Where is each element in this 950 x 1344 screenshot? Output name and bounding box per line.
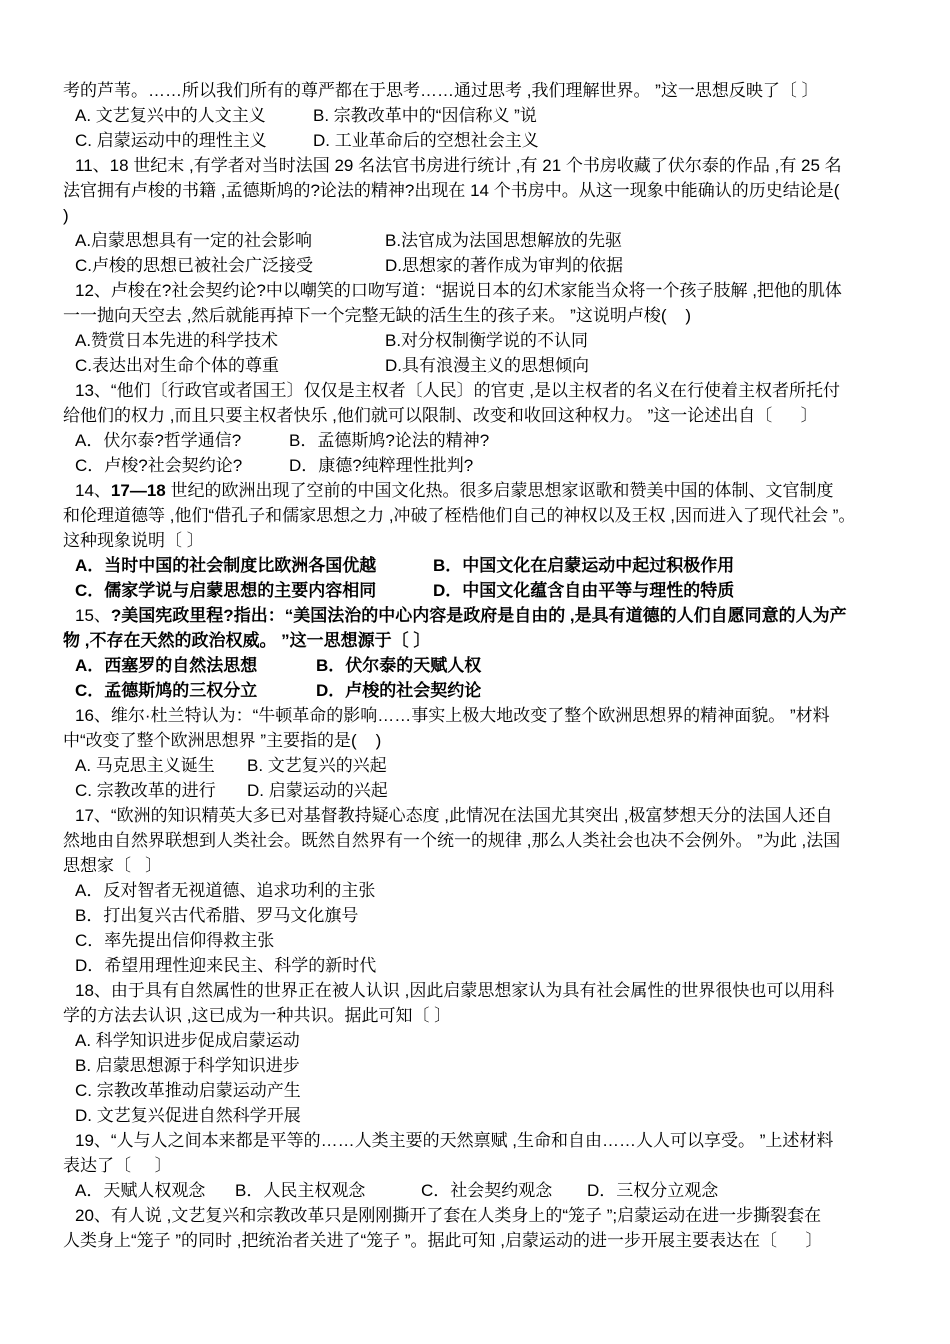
option-item: B．中国文化在启蒙运动中起过积极作用 <box>433 553 890 578</box>
option-item: C．卢梭?社会契约论? <box>75 453 289 478</box>
question-11-stem-line: 11、18 世纪末 ,有学者对当时法国 29 名法官书房进行统计 ,有 21 个… <box>63 153 890 178</box>
question-block-17: 17、“欧洲的知识精英大多已对基督教持疑心态度 ,此情况在法国尤其突出 ,极富梦… <box>63 803 890 978</box>
option-item: A．西塞罗的自然法思想 <box>75 653 316 678</box>
option-item: D．卢梭的社会契约论 <box>316 678 890 703</box>
stem-text: 15、 <box>75 606 111 625</box>
stem-text: 给他们的权力 ,而且只要主权者快乐 ,他们就可以限制、改变和收回这种权力。 ”这… <box>63 406 818 425</box>
stem-text: 这种现象说明〔 〕 <box>63 531 204 550</box>
stem-text: 物 ,不存在天然的政治权威。 ”这一思想源于〔 〕 <box>63 631 430 650</box>
question-11-stem-line: 法官拥有卢梭的书籍 ,孟德斯鸠的?论法的精神?出现在 14 个书房中。从这一现象… <box>63 178 890 203</box>
question-10-option-row: C. 启蒙运动中的理性主义D. 工业革命后的空想社会主义 <box>63 128 890 153</box>
question-block-15: 15、?美国宪政里程?指出：“美国法治的中心内容是政府是自由的 ,是具有道德的人… <box>63 603 890 703</box>
question-18-stem-line: 学的方法去认识 ,这已成为一种共识。据此可知〔 〕 <box>63 1003 890 1028</box>
stem-text: 一一抛向天空去 ,然后就能再掉下一个完整无缺的活生生的孩子来。 ”这说明卢梭( … <box>63 306 691 325</box>
option-item: A.赞赏日本先进的科学技术 <box>75 328 385 353</box>
question-12-option-row: A.赞赏日本先进的科学技术B.对分权制衡学说的不认同 <box>63 328 890 353</box>
option-item: B．人民主权观念 <box>235 1178 421 1203</box>
document-page: 考的芦苇。……所以我们所有的尊严都在于思考……通过思考 ,我们理解世界。 ”这一… <box>0 0 950 1344</box>
question-11-stem-line: ) <box>63 203 890 228</box>
question-block-19: 19、“人与人之间本来都是平等的……人类主要的天然禀赋 ,生命和自由……人人可以… <box>63 1128 890 1203</box>
option-item: B．打出复兴古代希腊、罗马文化旗号 <box>63 903 890 928</box>
question-19-stem-line: 19、“人与人之间本来都是平等的……人类主要的天然禀赋 ,生命和自由……人人可以… <box>63 1128 890 1153</box>
option-item: C.表达出对生命个体的尊重 <box>75 353 385 378</box>
question-12-stem-line: 12、卢梭在?社会契约论?中以嘲笑的口吻写道：“据说日本的幻术家能当众将一个孩子… <box>63 278 890 303</box>
option-item: D．中国文化蕴含自由平等与理性的特质 <box>433 578 890 603</box>
question-block-18: 18、由于具有自然属性的世界正在被人认识 ,因此启蒙思想家认为具有社会属性的世界… <box>63 978 890 1128</box>
option-item: A．当时中国的社会制度比欧洲各国优越 <box>75 553 433 578</box>
option-item: A. 马克思主义诞生 <box>75 753 247 778</box>
question-20-stem-line: 20、有人说 ,文艺复兴和宗教改革只是刚刚撕开了套在人类身上的“笼子 ”;启蒙运… <box>63 1203 890 1228</box>
stem-text: 然地由自然界联想到人类社会。既然自然界有一个统一的规律 ,那么人类社会也决不会例… <box>63 831 840 850</box>
option-item: D．三权分立观念 <box>587 1178 890 1203</box>
option-item: C. 宗教改革推动启蒙运动产生 <box>63 1078 890 1103</box>
question-list: 考的芦苇。……所以我们所有的尊严都在于思考……通过思考 ,我们理解世界。 ”这一… <box>63 78 890 1253</box>
option-item: B.对分权制衡学说的不认同 <box>385 328 890 353</box>
question-20-stem-line: 人类身上“笼子 ”的同时 ,把统治者关进了“笼子 ”。据此可知 ,启蒙运动的进一… <box>63 1228 890 1253</box>
option-item: C.卢梭的思想已被社会广泛接受 <box>75 253 385 278</box>
stem-text: 20、有人说 ,文艺复兴和宗教改革只是刚刚撕开了套在人类身上的“笼子 ”;启蒙运… <box>75 1206 821 1225</box>
option-item: C. 启蒙运动中的理性主义 <box>75 128 313 153</box>
question-14-stem-line: 和伦理道德等 ,他们“借孔子和儒家思想之力 ,冲破了桎梏他们自己的神权以及王权 … <box>63 503 890 528</box>
option-item: B. 启蒙思想源于科学知识进步 <box>63 1053 890 1078</box>
question-10-option-row: A. 文艺复兴中的人文主义B. 宗教改革中的“因信称义 ”说 <box>63 103 890 128</box>
option-item: D.具有浪漫主义的思想倾向 <box>385 353 890 378</box>
stem-text: ?美国宪政里程?指出：“美国法治的中心内容是政府是自由的 ,是具有道德的人们自愿… <box>111 606 847 625</box>
option-item: C．率先提出信仰得救主张 <box>63 928 890 953</box>
stem-text: 14、 <box>75 481 111 500</box>
question-block-13: 13、“他们〔行政官或者国王〕仅仅是主权者〔人民〕的官吏 ,是以主权者的名义在行… <box>63 378 890 478</box>
stem-text: 表达了〔 〕 <box>63 1156 172 1175</box>
question-19-option-row: A．天赋人权观念B．人民主权观念C．社会契约观念D．三权分立观念 <box>63 1178 890 1203</box>
question-16-option-row: A. 马克思主义诞生B. 文艺复兴的兴起 <box>63 753 890 778</box>
stem-text: ) <box>63 206 69 225</box>
question-13-stem-line: 给他们的权力 ,而且只要主权者快乐 ,他们就可以限制、改变和收回这种权力。 ”这… <box>63 403 890 428</box>
option-item: D．希望用理性迎来民主、科学的新时代 <box>63 953 890 978</box>
option-item: D.思想家的著作成为审判的依据 <box>385 253 890 278</box>
question-17-stem-line: 然地由自然界联想到人类社会。既然自然界有一个统一的规律 ,那么人类社会也决不会例… <box>63 828 890 853</box>
question-block-16: 16、维尔·杜兰特认为：“牛顿革命的影响……事实上极大地改变了整个欧洲思想界的精… <box>63 703 890 803</box>
question-block-10: 考的芦苇。……所以我们所有的尊严都在于思考……通过思考 ,我们理解世界。 ”这一… <box>63 78 890 153</box>
question-10-stem-line: 考的芦苇。……所以我们所有的尊严都在于思考……通过思考 ,我们理解世界。 ”这一… <box>63 78 890 103</box>
stem-text: 人类身上“笼子 ”的同时 ,把统治者关进了“笼子 ”。据此可知 ,启蒙运动的进一… <box>63 1231 822 1250</box>
stem-text: 17—18 <box>111 481 166 500</box>
question-block-11: 11、18 世纪末 ,有学者对当时法国 29 名法官书房进行统计 ,有 21 个… <box>63 153 890 278</box>
option-item: B. 宗教改革中的“因信称义 ”说 <box>313 103 890 128</box>
option-item: B.法官成为法国思想解放的先驱 <box>385 228 890 253</box>
stem-text: 考的芦苇。……所以我们所有的尊严都在于思考……通过思考 ,我们理解世界。 ”这一… <box>63 81 819 100</box>
question-15-option-row: C．孟德斯鸠的三权分立D．卢梭的社会契约论 <box>63 678 890 703</box>
stem-text: 和伦理道德等 ,他们“借孔子和儒家思想之力 ,冲破了桎梏他们自己的神权以及王权 … <box>63 506 855 525</box>
stem-text: 思想家〔 〕 <box>63 856 162 875</box>
option-item: B．孟德斯鸠?论法的精神? <box>289 428 890 453</box>
stem-text: 法官拥有卢梭的书籍 ,孟德斯鸠的?论法的精神?出现在 14 个书房中。从这一现象… <box>63 181 839 200</box>
question-11-option-row: A.启蒙思想具有一定的社会影响B.法官成为法国思想解放的先驱 <box>63 228 890 253</box>
stem-text: 学的方法去认识 ,这已成为一种共识。据此可知〔 〕 <box>63 1006 451 1025</box>
question-13-stem-line: 13、“他们〔行政官或者国王〕仅仅是主权者〔人民〕的官吏 ,是以主权者的名义在行… <box>63 378 890 403</box>
question-16-stem-line: 中“改变了整个欧洲思想界 ”主要指的是( ) <box>63 728 890 753</box>
stem-text: 18、由于具有自然属性的世界正在被人认识 ,因此启蒙思想家认为具有社会属性的世界… <box>75 981 834 1000</box>
question-12-stem-line: 一一抛向天空去 ,然后就能再掉下一个完整无缺的活生生的孩子来。 ”这说明卢梭( … <box>63 303 890 328</box>
question-15-option-row: A．西塞罗的自然法思想B．伏尔泰的天赋人权 <box>63 653 890 678</box>
option-item: A. 科学知识进步促成启蒙运动 <box>63 1028 890 1053</box>
question-16-option-row: C. 宗教改革的进行D. 启蒙运动的兴起 <box>63 778 890 803</box>
question-19-stem-line: 表达了〔 〕 <box>63 1153 890 1178</box>
option-item: D．康德?纯粹理性批判? <box>289 453 890 478</box>
stem-text: 17、“欧洲的知识精英大多已对基督教持疑心态度 ,此情况在法国尤其突出 ,极富梦… <box>75 806 832 825</box>
question-block-14: 14、17—18 世纪的欧洲出现了空前的中国文化热。很多启蒙思想家讴歌和赞美中国… <box>63 478 890 603</box>
option-item: C. 宗教改革的进行 <box>75 778 247 803</box>
question-13-option-row: C．卢梭?社会契约论?D．康德?纯粹理性批判? <box>63 453 890 478</box>
question-17-stem-line: 思想家〔 〕 <box>63 853 890 878</box>
question-15-stem-line: 物 ,不存在天然的政治权威。 ”这一思想源于〔 〕 <box>63 628 890 653</box>
stem-text: 12、卢梭在?社会契约论?中以嘲笑的口吻写道：“据说日本的幻术家能当众将一个孩子… <box>75 281 842 300</box>
option-item: C．孟德斯鸠的三权分立 <box>75 678 316 703</box>
option-item: A.启蒙思想具有一定的社会影响 <box>75 228 385 253</box>
option-item: D. 启蒙运动的兴起 <box>247 778 890 803</box>
question-14-option-row: A．当时中国的社会制度比欧洲各国优越B．中国文化在启蒙运动中起过积极作用 <box>63 553 890 578</box>
question-15-stem-line: 15、?美国宪政里程?指出：“美国法治的中心内容是政府是自由的 ,是具有道德的人… <box>63 603 890 628</box>
question-block-12: 12、卢梭在?社会契约论?中以嘲笑的口吻写道：“据说日本的幻术家能当众将一个孩子… <box>63 278 890 378</box>
option-item: D. 工业革命后的空想社会主义 <box>313 128 890 153</box>
stem-text: 16、维尔·杜兰特认为：“牛顿革命的影响……事实上极大地改变了整个欧洲思想界的精… <box>75 706 830 725</box>
stem-text: 中“改变了整个欧洲思想界 ”主要指的是( ) <box>63 731 381 750</box>
question-14-stem-line: 这种现象说明〔 〕 <box>63 528 890 553</box>
option-item: C．儒家学说与启蒙思想的主要内容相同 <box>75 578 433 603</box>
option-item: A. 文艺复兴中的人文主义 <box>75 103 313 128</box>
question-block-20: 20、有人说 ,文艺复兴和宗教改革只是刚刚撕开了套在人类身上的“笼子 ”;启蒙运… <box>63 1203 890 1253</box>
stem-text: 19、“人与人之间本来都是平等的……人类主要的天然禀赋 ,生命和自由……人人可以… <box>75 1131 833 1150</box>
option-item: A．天赋人权观念 <box>75 1178 235 1203</box>
option-item: B. 文艺复兴的兴起 <box>247 753 890 778</box>
question-11-option-row: C.卢梭的思想已被社会广泛接受D.思想家的著作成为审判的依据 <box>63 253 890 278</box>
question-13-option-row: A．伏尔泰?哲学通信?B．孟德斯鸠?论法的精神? <box>63 428 890 453</box>
question-12-option-row: C.表达出对生命个体的尊重D.具有浪漫主义的思想倾向 <box>63 353 890 378</box>
stem-text: 13、“他们〔行政官或者国王〕仅仅是主权者〔人民〕的官吏 ,是以主权者的名义在行… <box>75 381 840 400</box>
question-14-stem-line: 14、17—18 世纪的欧洲出现了空前的中国文化热。很多启蒙思想家讴歌和赞美中国… <box>63 478 890 503</box>
question-14-option-row: C．儒家学说与启蒙思想的主要内容相同D．中国文化蕴含自由平等与理性的特质 <box>63 578 890 603</box>
stem-text: 世纪的欧洲出现了空前的中国文化热。很多启蒙思想家讴歌和赞美中国的体制、文官制度 <box>166 481 834 500</box>
option-item: D. 文艺复兴促进自然科学开展 <box>63 1103 890 1128</box>
question-16-stem-line: 16、维尔·杜兰特认为：“牛顿革命的影响……事实上极大地改变了整个欧洲思想界的精… <box>63 703 890 728</box>
question-17-stem-line: 17、“欧洲的知识精英大多已对基督教持疑心态度 ,此情况在法国尤其突出 ,极富梦… <box>63 803 890 828</box>
option-item: A．伏尔泰?哲学通信? <box>75 428 289 453</box>
stem-text: 11、18 世纪末 ,有学者对当时法国 29 名法官书房进行统计 ,有 21 个… <box>75 156 842 175</box>
question-18-stem-line: 18、由于具有自然属性的世界正在被人认识 ,因此启蒙思想家认为具有社会属性的世界… <box>63 978 890 1003</box>
option-item: C．社会契约观念 <box>421 1178 587 1203</box>
option-item: A．反对智者无视道德、追求功利的主张 <box>63 878 890 903</box>
option-item: B．伏尔泰的天赋人权 <box>316 653 890 678</box>
